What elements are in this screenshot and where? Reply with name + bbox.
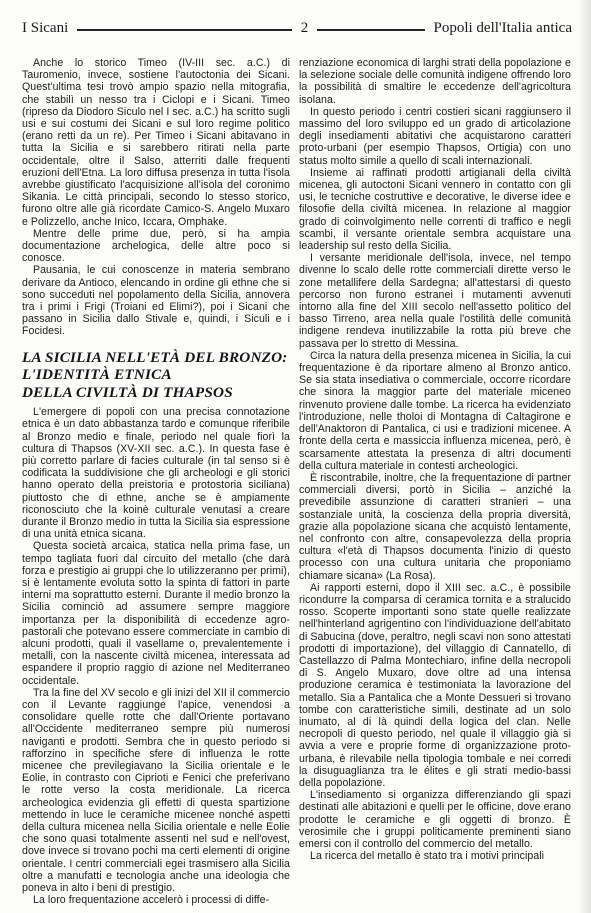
paragraph: È riscontrabile, inoltre, che la frequen… <box>299 472 571 582</box>
right-column: renziazione economica di larghi strati d… <box>299 57 571 907</box>
paragraph: La loro frequentazione accelerò i proces… <box>22 894 290 906</box>
paragraph: Pausania, le cui conoscenze in materia s… <box>22 264 290 337</box>
header-rule-right <box>317 29 424 31</box>
book-title: Popoli dell'Italia antica <box>434 20 573 37</box>
paragraph: Questa società arcaica, statica nella pr… <box>22 540 290 686</box>
paragraph: Tra la fine del XV secolo e gli inizi de… <box>22 687 290 894</box>
continuation-paragraph: renziazione economica di larghi strati d… <box>299 57 571 106</box>
section-heading-line: DELLA CIVILTÀ DI THAPSOS <box>22 384 290 402</box>
paragraph: I versante meridionale dell'isola, invec… <box>299 252 571 350</box>
section-heading-line: L'IDENTITÀ ETNICA <box>22 366 290 384</box>
paragraph: Mentre delle prime due, però, si ha ampi… <box>22 228 290 265</box>
paragraph: Ai rapporti esterni, dopo il XIII sec. a… <box>299 582 571 789</box>
paragraph: Insieme ai raffinati prodotti artigianal… <box>299 167 571 252</box>
paragraph: La ricerca del metallo è stato tra i mot… <box>299 850 571 862</box>
paragraph: L'emergere di popoli con una precisa con… <box>22 406 290 540</box>
header-rule-left <box>77 29 292 31</box>
paragraph: Anche lo storico Timeo (IV-III sec. a.C.… <box>22 57 290 228</box>
section-heading-line: LA SICILIA NELL'ETÀ DEL BRONZO: <box>22 349 290 367</box>
left-column: Anche lo storico Timeo (IV-III sec. a.C.… <box>22 57 290 907</box>
running-header: I Sicani 2 Popoli dell'Italia antica <box>22 20 572 37</box>
page-body: Anche lo storico Timeo (IV-III sec. a.C.… <box>22 57 571 907</box>
paragraph: In questo periodo i centri costieri sica… <box>299 106 571 167</box>
page-scan-edge-shadow <box>578 0 591 913</box>
paragraph: L'insediamento si organizza differenzian… <box>299 789 571 850</box>
section-heading: LA SICILIA NELL'ETÀ DEL BRONZO: L'IDENTI… <box>22 349 290 402</box>
page-number: 2 <box>301 20 309 37</box>
paragraph: Circa la natura della presenza micenea i… <box>299 350 571 472</box>
chapter-title: I Sicani <box>22 20 68 37</box>
scanned-book-page: I Sicani 2 Popoli dell'Italia antica Anc… <box>0 0 591 913</box>
